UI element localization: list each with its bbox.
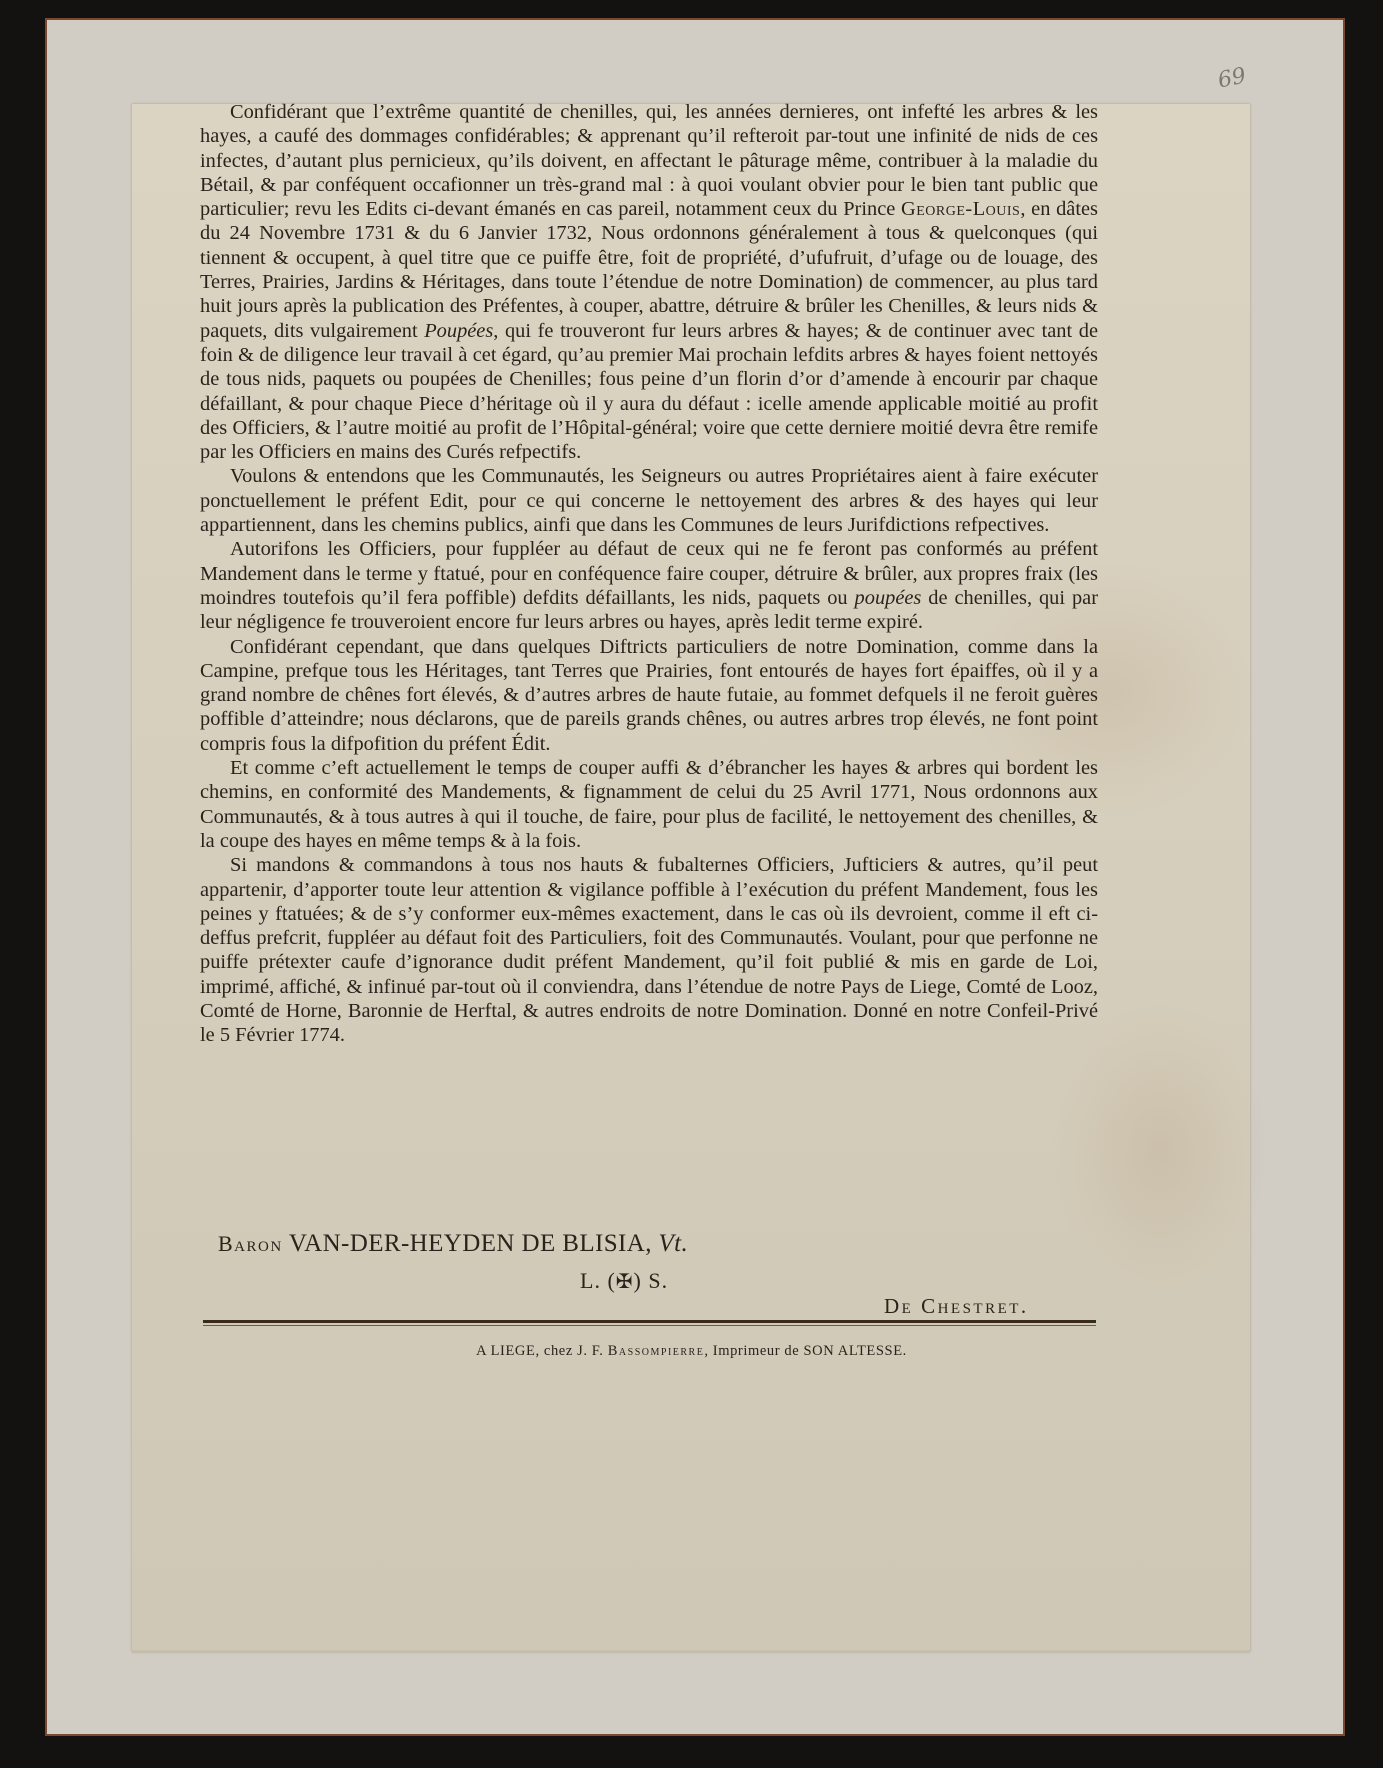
signature-suffix: Vt.	[659, 1230, 689, 1257]
paragraph: Confidérant que l’extrême quantité de ch…	[200, 100, 1098, 464]
text-segment: poupées	[855, 587, 922, 609]
paragraph: Et comme c’eft actuellement le temps de …	[200, 756, 1098, 853]
maltese-cross-icon: ✠	[616, 1271, 634, 1293]
imprint-printer: Bassompierre	[608, 1343, 705, 1359]
text-segment: Poupées	[424, 320, 493, 342]
seal-left: L. (	[580, 1268, 616, 1293]
paragraph: Si mandons & commandons à tous nos hauts…	[200, 853, 1098, 1047]
edict-body: Confidérant que l’extrême quantité de ch…	[200, 100, 1098, 1048]
text-segment: Si mandons & commandons à tous nos hauts…	[200, 854, 1098, 1046]
signature-title: Baron	[218, 1231, 283, 1256]
locus-sigilli: L. (✠) S.	[580, 1268, 668, 1294]
text-segment: Voulons & entendons que les Communautés,…	[200, 465, 1098, 536]
text-segment: Et comme c’eft actuellement le temps de …	[200, 757, 1098, 852]
printer-imprint: A LIEGE, chez J. F. Bassompierre, Imprim…	[0, 1343, 1383, 1360]
divider-rule	[203, 1320, 1096, 1326]
text-segment: George-Louis	[901, 198, 1020, 220]
imprint-suffix: , Imprimeur de SON ALTESSE.	[704, 1343, 907, 1359]
paragraph: Autorifons les Officiers, pour fuppléer …	[200, 537, 1098, 634]
signature-name: VAN-DER-HEYDEN DE BLISIA,	[283, 1230, 659, 1257]
countersignature: De Chestret.	[884, 1294, 1029, 1319]
paragraph: Confidérant cependant, que dans quelques…	[200, 635, 1098, 756]
paragraph: Voulons & entendons que les Communautés,…	[200, 464, 1098, 537]
text-segment: Confidérant cependant, que dans quelques…	[200, 636, 1098, 755]
seal-right: ) S.	[634, 1268, 669, 1293]
signature-primary: Baron VAN-DER-HEYDEN DE BLISIA, Vt.	[218, 1230, 688, 1258]
imprint-prefix: A LIEGE, chez J. F.	[476, 1343, 608, 1359]
